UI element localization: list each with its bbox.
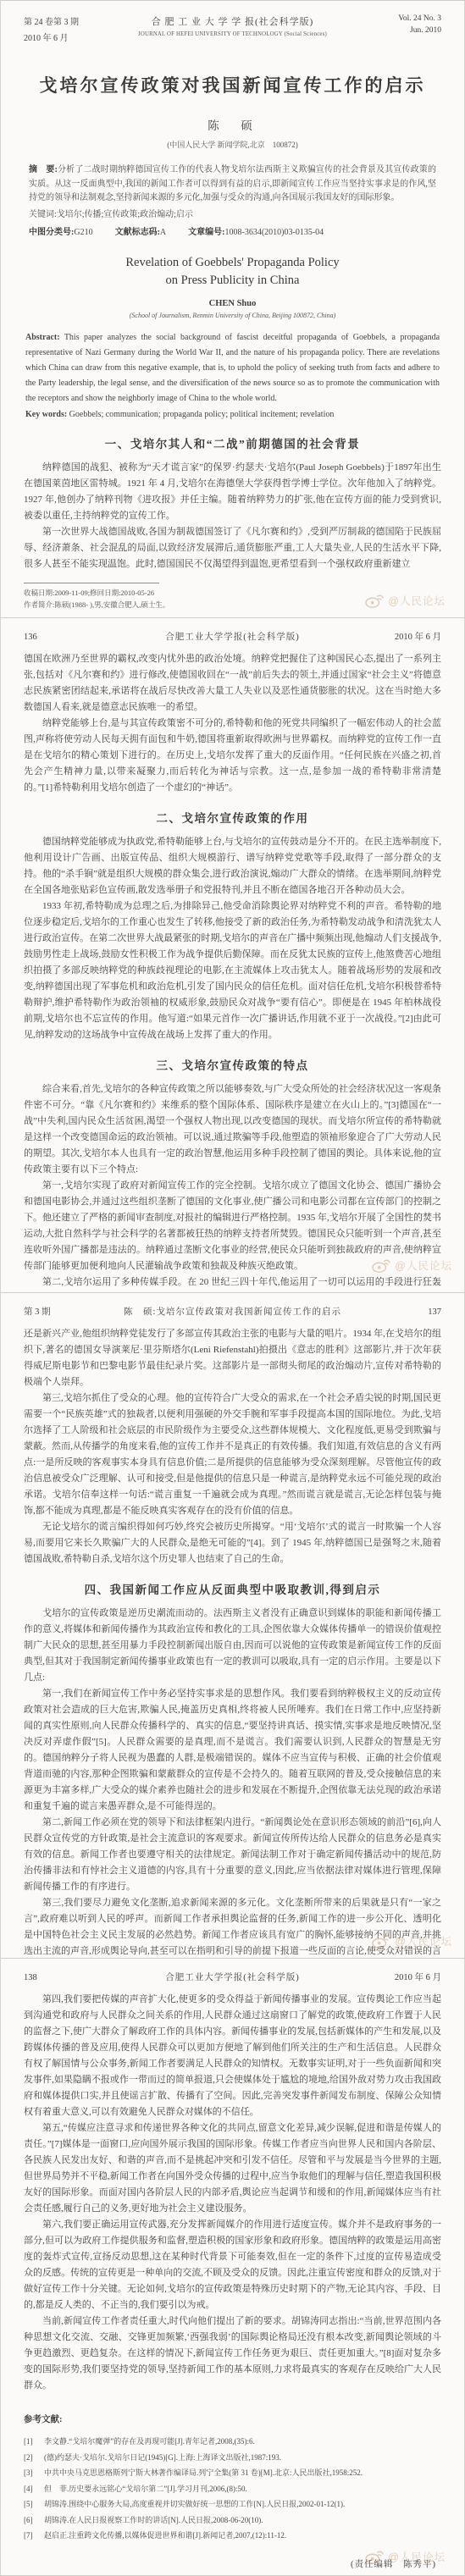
journal-name-cn: 合 肥 工 业 大 学 学 报(社会科学版): [100, 14, 365, 28]
masthead-left: 第 24 卷第 3 期 2010 年 6 月: [24, 14, 100, 43]
author-affiliation-en: (School of Journalism, Renmin University…: [24, 312, 441, 319]
keywords-label-en: Key words:: [25, 410, 67, 419]
page-136: 136 合肥工业大学学报(社会科学版) 2010 年 6 月 德国在欧洲乃至世界…: [1, 617, 464, 1292]
volume-issue-cn: 第 24 卷第 3 期: [24, 14, 100, 27]
author-name-cn: 陈 硕: [24, 116, 441, 133]
author-affiliation-cn: (中国人民大学 新闻学院,北京 100872): [24, 139, 441, 150]
references-section: 参考文献: [1]李文静.“戈培尔魔弹”的存在及再现可能[J].青年记者,200…: [24, 2413, 441, 2544]
section-heading-4: 四、我国新闻工作应从反面典型中吸取教训,得到启示: [24, 1580, 441, 1597]
masthead-center: 合 肥 工 业 大 学 学 报(社会科学版) JOURNAL OF HEFEI …: [100, 14, 365, 37]
abstract-text-en: This paper analyzes the social backgroun…: [25, 333, 440, 403]
paragraph: 当前,新闻宣传工作者责任重大,时代向他们提出了新的要求。胡锦涛同志指出:“当前,…: [24, 2313, 441, 2394]
abstract-label-cn: 摘 要:: [29, 165, 58, 174]
running-header: 138 合肥工业大学学报(社会科学版) 2010 年 6 月: [24, 1959, 441, 1992]
paragraph: 第二,新闻工作必须在党的领导下和法律框架内进行。“新闻舆论处在意识形态领域的前沿…: [24, 1815, 441, 1895]
reference-item: [2](德)约瑟夫·戈培尔.戈培尔日记(1945)[G].上海:上海译文出版社,…: [24, 2450, 441, 2466]
section-heading-2: 二、戈培尔宣传政策的作用: [24, 809, 441, 826]
paragraph: 第三,我们要尽力避免文化垄断,追求新闻来源的多元化。文化垄断所带来的后果就是只有…: [24, 1895, 441, 1958]
abstract-label-en: Abstract:: [25, 333, 60, 342]
paragraph: 纳粹德国的战犯、被称为“天才谎言家”的保罗·约瑟夫·戈培尔(Paul Josep…: [24, 460, 441, 524]
issue-date-cn: 2010 年 6 月: [24, 30, 100, 43]
running-header: 136 合肥工业大学学报(社会科学版) 2010 年 6 月: [24, 618, 441, 651]
reference-item: [7]赵启正.注重跨文化传播,以媒体促进世界和谐[J].新闻记者,2007,(1…: [24, 2528, 441, 2544]
keywords-en: Key words: Goebbels; communication; prop…: [25, 407, 440, 422]
keywords-label-cn: 关键词:: [29, 210, 57, 219]
classification-row: 中图分类号:G210 文献标志码:A 文章编号:1008-3634(2010)0…: [29, 224, 436, 237]
page-135: 第 24 卷第 3 期 2010 年 6 月 合 肥 工 业 大 学 学 报(社…: [1, 0, 464, 617]
article-title-cn: 戈培尔宣传政策对我国新闻宣传工作的启示: [24, 72, 441, 97]
page-138: 138 合肥工业大学学报(社会科学版) 2010 年 6 月 第四,我们要把传媒…: [1, 1958, 464, 2576]
first-page-footnote: 收稿日期:2009-11-09;修回日期:2010-05-26 作者简介:陈硕(…: [24, 583, 441, 611]
page-number: 137: [387, 1307, 441, 1317]
received-dates: 收稿日期:2009-11-09;修回日期:2010-05-26: [24, 588, 441, 600]
running-header: 第 3 期 陈 硕:戈培尔宣传政策对我国新闻宣传工作的启示 137: [24, 1293, 441, 1326]
reference-item: [3]中共中央马克思恩格斯列宁斯大林著作编译局.列宁全集(第 31 卷)[M].…: [24, 2465, 441, 2481]
journal-masthead: 第 24 卷第 3 期 2010 年 6 月 合 肥 工 业 大 学 学 报(社…: [24, 1, 441, 43]
abstract-cn: 摘 要:分析了二战时期纳粹德国宣传工作的代表人物戈培尔法西斯主义欺骗宣传的社会背…: [29, 163, 436, 206]
page-number: 138: [24, 1973, 78, 1982]
article-title-en-line2: on Press Publicity in China: [24, 272, 441, 290]
author-bio: 作者简介:陈硕(1988- ),男,安徽合肥人,硕士生。: [24, 600, 441, 611]
volume-issue-en: Vol. 24 No. 3: [365, 14, 441, 23]
paragraph: 德国纳粹党能够成为执政党,希特勒能够上台,与戈培尔的宣传鼓动是分不开的。在民主选…: [24, 834, 441, 898]
running-issue: 第 3 期: [24, 1305, 78, 1318]
footnote-divider: [24, 583, 159, 583]
paragraph: 第三,戈培尔抓住了受众的心理。他的宣传符合广大受众的需求,在一个社会矛盾尖锐的时…: [24, 1390, 441, 1519]
section-heading-3: 三、戈培尔宣传政策的特点: [24, 1056, 441, 1073]
running-journal-name: 合肥工业大学学报(社会科学版): [78, 630, 387, 643]
issue-date-en: Jun. 2010: [365, 26, 441, 35]
running-journal-name: 合肥工业大学学报(社会科学版): [78, 1971, 387, 1983]
section-heading-1: 一、戈培尔其人和“二战”前期德国的社会背景: [24, 434, 441, 451]
paragraph: 第二,戈培尔运用了多种传媒手段。在 20 世纪三四十年代,他运用了一切可以运用的…: [24, 1274, 441, 1292]
article-title-en-line1: Revelation of Goebbels' Propaganda Polic…: [24, 254, 441, 272]
running-date: 2010 年 6 月: [387, 630, 441, 643]
abstract-block-cn: 摘 要:分析了二战时期纳粹德国宣传工作的代表人物戈培尔法西斯主义欺骗宣传的社会背…: [29, 163, 436, 237]
paragraph: 无论戈培尔的谎言编织得如何巧妙,终究会被历史所揭穿。“用‘戈培尔’式的谎言一时欺…: [24, 1519, 441, 1567]
clc-number: 中图分类号:G210: [29, 224, 93, 237]
keywords-cn: 关键词:戈培尔;传播;宣传政策;政治煽动;启示: [29, 207, 436, 222]
page-number: 136: [24, 633, 78, 642]
paragraph: 1933 年初,希特勒成为总理之后,为排除异己,他受命消除舆论界对纳粹党不利的声…: [24, 898, 441, 1043]
author-name-en: CHEN Shuo: [24, 299, 441, 308]
paragraph: 第一次世界大战德国战败,各国为制裁德国签订了《凡尔赛和约》,受到严厉制裁的德国陷…: [24, 524, 441, 572]
masthead-right: Vol. 24 No. 3 Jun. 2010: [365, 14, 441, 35]
paragraph: 第五,“传媒应注意寻求和传递世界各种文化的共同点,留意文化差异,减少误解,促进和…: [24, 2120, 441, 2217]
running-date: 2010 年 6 月: [387, 1971, 441, 1983]
references-label: 参考文献:: [24, 2413, 441, 2425]
paragraph: 第四,我们要把传媒的声音扩大化,使更多的受众得益于新闻传播事业的发展。宣传舆论工…: [24, 1992, 441, 2120]
abstract-en: Abstract: This paper analyzes the social…: [25, 330, 440, 406]
journal-article-scan: 第 24 卷第 3 期 2010 年 6 月 合 肥 工 业 大 学 学 报(社…: [0, 0, 465, 2576]
paragraph: 第一,我们在新闻宣传工作中务必坚持实事求是的思想作风。我们要看到纳粹极权主义的反…: [24, 1686, 441, 1815]
running-article-title: 陈 硕:戈培尔宣传政策对我国新闻宣传工作的启示: [78, 1305, 387, 1318]
page-137: 第 3 期 陈 硕:戈培尔宣传政策对我国新闻宣传工作的启示 137 还是新兴产业…: [1, 1292, 464, 1958]
article-title-en: Revelation of Goebbels' Propaganda Polic…: [24, 254, 441, 290]
reference-item: [6]胡锦涛.在人民日报视察工作时的讲话[N].人民日报,2008-06-20(…: [24, 2512, 441, 2529]
paragraph: 戈培尔的宣传政策是逆历史潮流而动的。法西斯主义者没有正确意识到媒体的职能和新闻传…: [24, 1606, 441, 1686]
paragraph: 纳粹党能够上台,是与其宣传政策密不可分的,希特勒和他的死党共同编织了一幅宏伟动人…: [24, 716, 441, 796]
paragraph: 德国在欧洲乃至世界的霸权,改变内忧外患的政治处境。纳粹党把握住了这种国民心态,提…: [24, 651, 441, 716]
document-code: 文献标志码:A: [115, 224, 167, 237]
article-id: 文章编号:1008-3634(2010)03-0135-04: [188, 224, 324, 237]
keywords-text-en: Goebbels; communication; propaganda poli…: [69, 410, 335, 419]
reference-item: [5]胡锦涛.围绕中心服务大局,高度重视并切实做好统一思想的工作[N].人民日报…: [24, 2496, 441, 2512]
reference-item: [1]李文静.“戈培尔魔弹”的存在及再现可能[J].青年记者,2008,(35)…: [24, 2434, 441, 2450]
paragraph: 还是新兴产业,他组织纳粹党徒发行了多部宣传其政治主张的电影与大量的唱片。1934…: [24, 1326, 441, 1390]
reference-item: [4]但 菲.历史要永远铭心“戈培尔第二”[J].学习月刊,2006,(8):5…: [24, 2481, 441, 2497]
abstract-text-cn: 分析了二战时期纳粹德国宣传工作的代表人物戈培尔法西斯主义欺骗宣传的社会背景及其宣…: [29, 165, 436, 202]
paragraph: 第一,戈培尔实现了政府对新闻宣传工作的完全控制。戈培尔成立了德国文化协会、德国广…: [24, 1178, 441, 1274]
paragraph: 第六,我们要正确运用宣传武器,充分发挥新闻媒介的作用进行适度宣传。媒介并不是政府…: [24, 2217, 441, 2313]
paragraph: 综合来看,首先,戈培尔的各种宣传政策之所以能够奏效,与广大受众所处的社会经济状况…: [24, 1081, 441, 1178]
journal-name-en: JOURNAL OF HEFEI UNIVERSITY OF TECHNOLOG…: [100, 31, 365, 37]
editor-note: (责任编辑 陈秀平): [24, 2557, 441, 2570]
keywords-text-cn: 戈培尔;传播;宣传政策;政治煽动;启示: [57, 210, 193, 219]
